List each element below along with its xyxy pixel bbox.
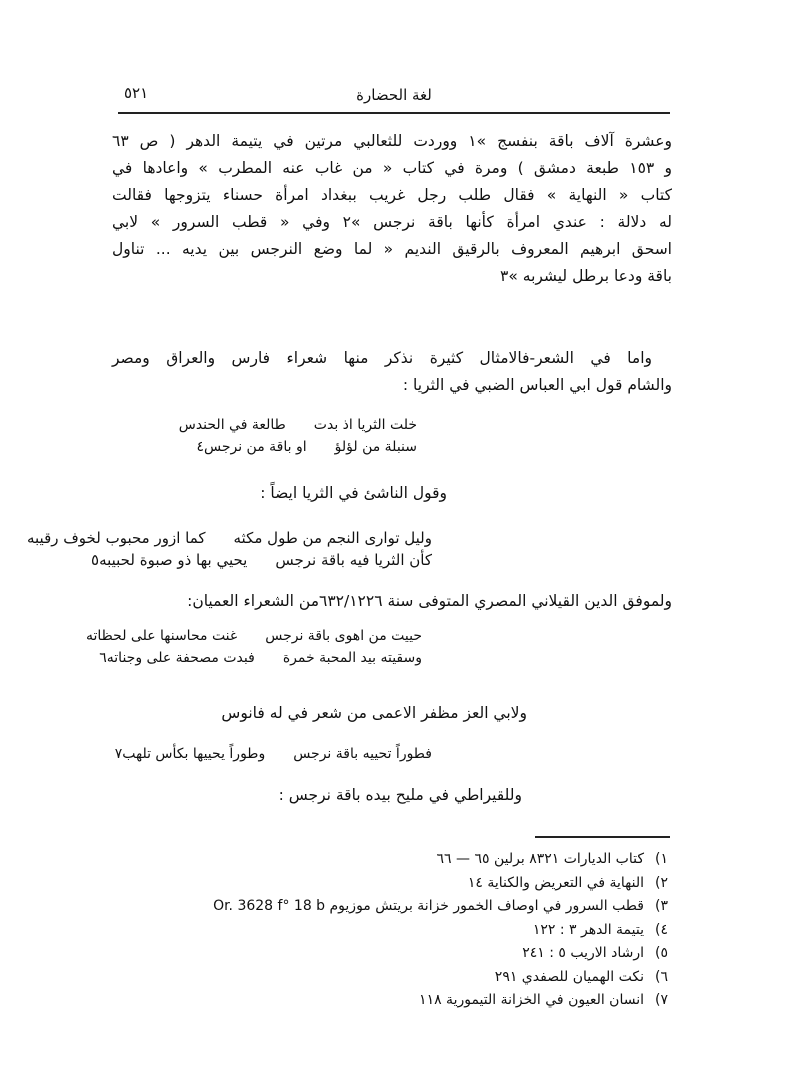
verse-row: حييت من اهوى باقة نرجس غنت محاسنها على ل…: [86, 625, 422, 647]
scanned-page: لغة الحضارة ٥٢١ وعشرة آلاف باقة بنفسج »١…: [0, 0, 787, 1089]
running-title: لغة الحضارة: [118, 86, 670, 104]
text-line: والشام قول ابي العباس الضبي في الثريا :: [112, 372, 672, 399]
hemistich: فطوراً تحييه باقة نرجس: [293, 743, 432, 765]
footnote: ٣) قطب السرور في اوصاف الخمور خزانة بريت…: [120, 895, 668, 919]
footnote: ٤) يتيمة الدهر ٣ : ١٢٢: [120, 919, 668, 943]
footnote-number: ٦): [654, 966, 668, 990]
text-line: اسحق ابرهيم المعروف بالرقيق النديم « لما…: [112, 236, 672, 263]
hemistich: فبدت مصحفة على وجناته٦: [99, 647, 255, 669]
hemistich: حييت من اهوى باقة نرجس: [265, 625, 422, 647]
footnote: ٦) نكت الهميان للصفدي ٢٩١: [120, 966, 668, 990]
paragraph-1: وعشرة آلاف باقة بنفسج »١ ووردت للثعالبي …: [112, 128, 672, 290]
verse-row: فطوراً تحييه باقة نرجس وطوراً يحييها بكأ…: [115, 743, 432, 765]
footnote-number: ٤): [654, 919, 668, 943]
footnote: ٢) النهاية في التعريض والكناية ١٤: [120, 872, 668, 896]
footnote: ٥) ارشاد الاريب ٥ : ٢٤١: [120, 942, 668, 966]
footnote-text: ارشاد الاريب ٥ : ٢٤١: [522, 942, 644, 966]
verse-row: سنبلة من لؤلؤ او باقة من نرجس٤: [179, 436, 417, 458]
footnotes: ١) كتاب الديارات ٨٣٢١ برلين ٦٥ — ٦٦ ٢) ا…: [120, 848, 668, 1013]
poem-intro-4: ولابي العز مظفر الاعمى من شعر في له فانو…: [221, 704, 527, 722]
header-rule: [118, 112, 670, 114]
verse-2: وليل توارى النجم من طول مكثه كما ازور مح…: [27, 527, 432, 571]
verse-3: حييت من اهوى باقة نرجس غنت محاسنها على ل…: [86, 625, 422, 669]
footnote-text: انسان العيون في الخزانة التيمورية ١١٨: [419, 989, 644, 1013]
paragraph-2: واما في الشعر-فالامثال كثيرة نذكر منها ش…: [112, 345, 672, 399]
footnote-number: ٥): [654, 942, 668, 966]
verse-row: خلت الثريا اذ بدت طالعة في الحندس: [179, 414, 417, 436]
footnote-number: ٣): [654, 895, 668, 919]
text-line: و ١٥٣ طبعة دمشق ) ومرة في كتاب « من غاب …: [112, 155, 672, 182]
verse-row: كأن الثريا فيه باقة نرجس يحيي بها ذو صبو…: [27, 549, 432, 571]
footnote-number: ٧): [654, 989, 668, 1013]
hemistich: سنبلة من لؤلؤ: [335, 436, 417, 458]
text-line: واما في الشعر-فالامثال كثيرة نذكر منها ش…: [112, 345, 672, 372]
verse-1: خلت الثريا اذ بدت طالعة في الحندس سنبلة …: [179, 414, 417, 458]
footnote-text: النهاية في التعريض والكناية ١٤: [468, 872, 644, 896]
hemistich: غنت محاسنها على لحظاته: [86, 625, 237, 647]
footnote: ١) كتاب الديارات ٨٣٢١ برلين ٦٥ — ٦٦: [120, 848, 668, 872]
poem-intro-3: ولموفق الدين القيلاني المصري المتوفى سنة…: [187, 592, 672, 610]
footnote-number: ١): [654, 848, 668, 872]
footnote-text: نكت الهميان للصفدي ٢٩١: [495, 966, 644, 990]
footnote-text: قطب السرور في اوصاف الخمور خزانة بريتش م…: [213, 895, 644, 919]
hemistich: خلت الثريا اذ بدت: [314, 414, 417, 436]
hemistich: كما ازور محبوب لخوف رقيبه: [27, 527, 206, 549]
verse-4: فطوراً تحييه باقة نرجس وطوراً يحييها بكأ…: [115, 743, 432, 765]
text-line: كتاب « النهاية » فقال طلب رجل غريب ببغدا…: [112, 182, 672, 209]
footnote: ٧) انسان العيون في الخزانة التيمورية ١١٨: [120, 989, 668, 1013]
footnote-text: يتيمة الدهر ٣ : ١٢٢: [533, 919, 644, 943]
hemistich: يحيي بها ذو صبوة لحبيبه٥: [91, 549, 247, 571]
text-line: له دلالة : عندي امرأة كأنها باقة نرجس »٢…: [112, 209, 672, 236]
hemistich: او باقة من نرجس٤: [196, 436, 306, 458]
text-line: باقة ودعا برطل ليشربه »٣: [112, 263, 672, 290]
hemistich: طالعة في الحندس: [179, 414, 286, 436]
footnote-number: ٢): [654, 872, 668, 896]
page-number: ٥٢١: [124, 84, 148, 102]
footnote-rule: [535, 836, 670, 838]
running-header: لغة الحضارة ٥٢١: [118, 82, 670, 108]
footnote-text: كتاب الديارات ٨٣٢١ برلين ٦٥ — ٦٦: [437, 848, 644, 872]
hemistich: وطوراً يحييها بكأس تلهب٧: [115, 743, 265, 765]
verse-row: وسقيته بيد المحبة خمرة فبدت مصحفة على وج…: [86, 647, 422, 669]
poem-intro-5: وللقيراطي في مليح بيده باقة نرجس :: [279, 786, 522, 804]
hemistich: وليل توارى النجم من طول مكثه: [234, 527, 432, 549]
hemistich: وسقيته بيد المحبة خمرة: [283, 647, 422, 669]
verse-row: وليل توارى النجم من طول مكثه كما ازور مح…: [27, 527, 432, 549]
text-line: وعشرة آلاف باقة بنفسج »١ ووردت للثعالبي …: [112, 128, 672, 155]
poem-intro-2: وقول الناشئ في الثريا ايضاً :: [260, 484, 447, 502]
hemistich: كأن الثريا فيه باقة نرجس: [275, 549, 432, 571]
